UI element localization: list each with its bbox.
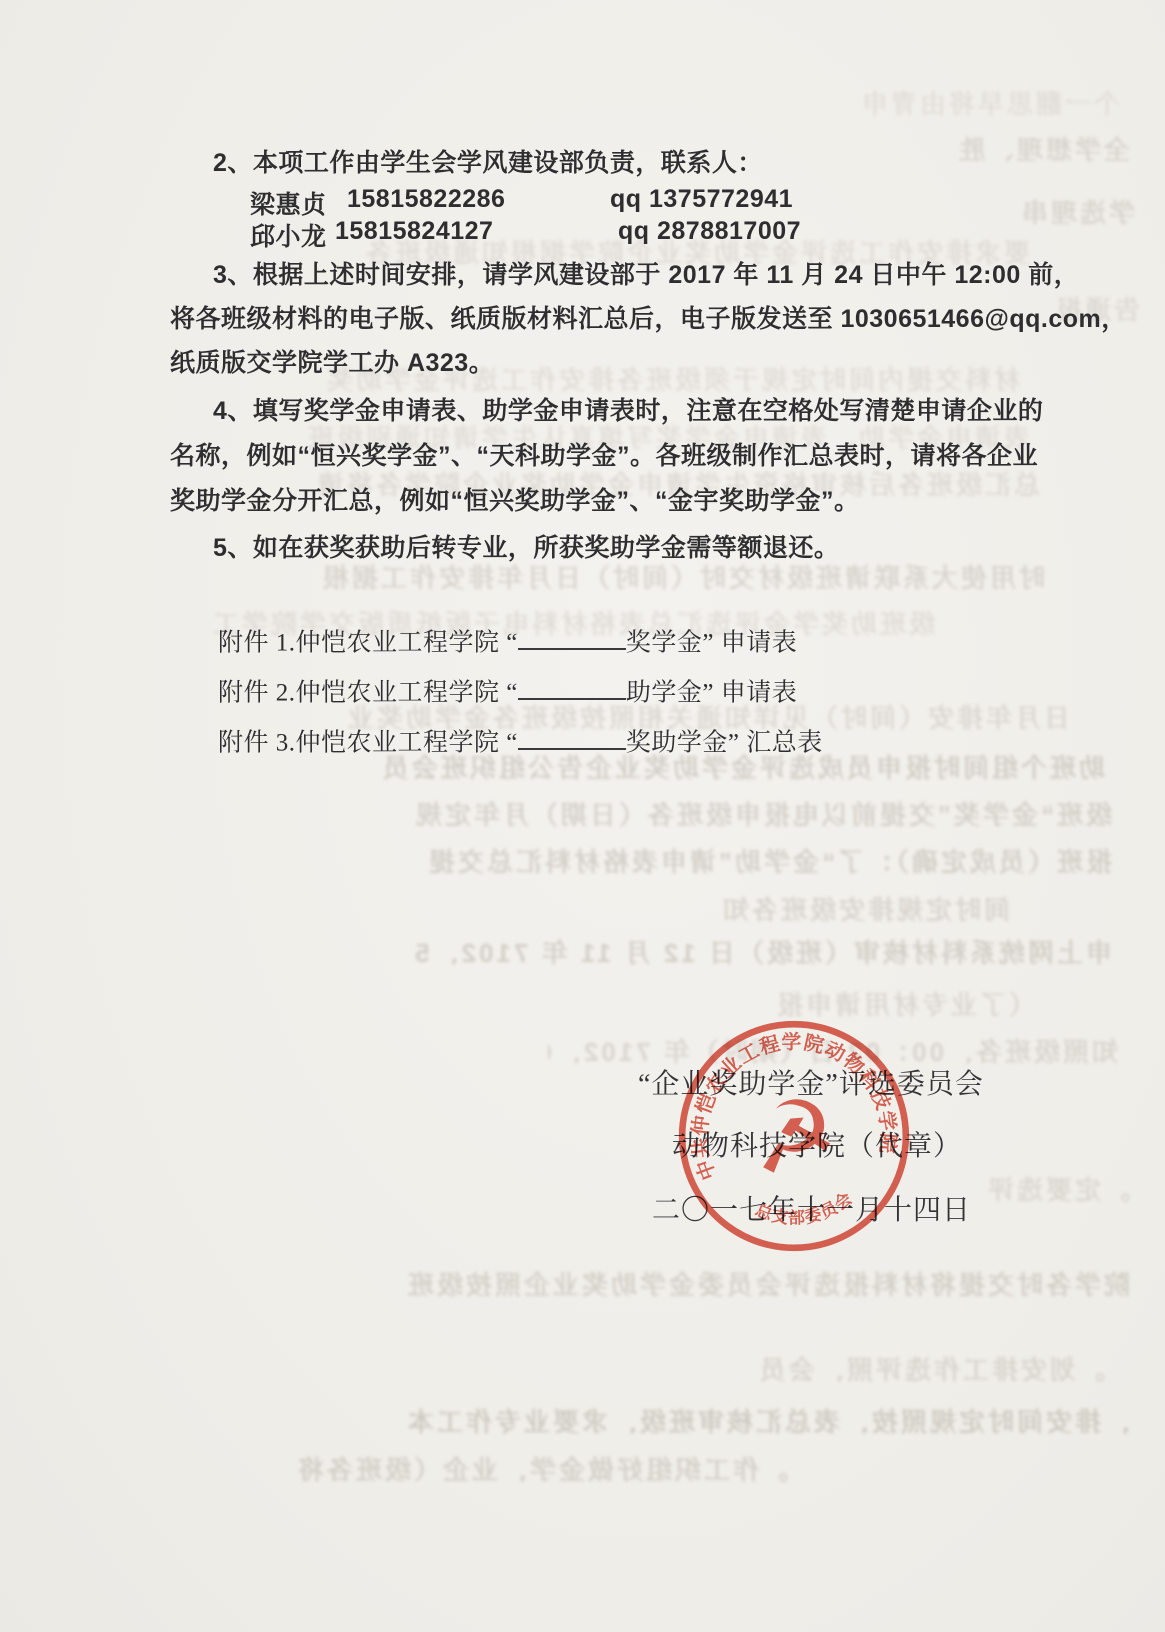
item3-line-2: 将各班级材料的电子版、纸质版材料汇总后，电子版发送至 1030651466@qq… xyxy=(170,299,1127,335)
contact-qq: qq 2878817007 xyxy=(618,217,801,246)
item4-line-2: 名称，例如“恒兴奖学金”、“天科助学金”。各班级制作汇总表时，请将各企业 xyxy=(170,436,1038,472)
attachment-2: 附件 2.仲恺农业工程学院 “助学金” 申请表 xyxy=(218,672,797,708)
item2-heading: 2、本项工作由学生会学风建设部负责，联系人： xyxy=(213,143,763,179)
item4-line-3: 奖助学金分开汇总，例如“恒兴奖助学金”、“金宇奖助学金”。 xyxy=(170,481,860,517)
attachment-suffix: 助学金” 申请表 xyxy=(626,679,797,706)
hammer-sickle-emblem-icon: ☭ xyxy=(744,1078,844,1196)
contact-name: 邱小龙 xyxy=(250,217,327,253)
attachment-1: 附件 1.仲恺农业工程学院 “奖学金” 申请表 xyxy=(218,622,797,658)
contact-qq: qq 1375772941 xyxy=(610,185,793,214)
fill-in-blank xyxy=(518,672,626,700)
attachment-prefix: 附件 2.仲恺农业工程学院 “ xyxy=(218,679,518,706)
contact-name: 梁惠贞 xyxy=(250,185,327,221)
item3-line-1: 3、根据上述时间安排，请学风建设部于 2017 年 11 月 24 日中午 12… xyxy=(213,255,1079,291)
attachment-prefix: 附件 1.仲恺农业工程学院 “ xyxy=(218,629,518,656)
attachment-prefix: 附件 3.仲恺农业工程学院 “ xyxy=(218,729,518,756)
attachment-suffix: 奖助学金” 汇总表 xyxy=(626,729,823,756)
contact-phone: 15815824127 xyxy=(335,217,493,246)
document-page: 个一翻思早将由青申奖颁全学想理、胜学选理串要求排安作工选评金学助奖业企院学据根知… xyxy=(0,0,1165,1632)
item5-line: 5、如在获奖获助后转专业，所获奖助学金需等额退还。 xyxy=(213,528,839,564)
official-seal: 中共仲恺农业工程学院动物科技学院 总支部委员会 ☭ xyxy=(656,998,932,1274)
attachment-suffix: 奖学金” 申请表 xyxy=(626,629,797,656)
contact-phone: 15815822286 xyxy=(347,185,505,214)
attachment-3: 附件 3.仲恺农业工程学院 “奖助学金” 汇总表 xyxy=(218,722,823,758)
document-content: 2、本项工作由学生会学风建设部负责，联系人： 梁惠贞 15815822286 q… xyxy=(0,0,1165,1632)
item4-line-1: 4、填写奖学金申请表、助学金申请表时，注意在空格处写清楚申请企业的 xyxy=(213,391,1043,427)
fill-in-blank xyxy=(518,722,626,750)
fill-in-blank xyxy=(518,622,626,650)
item3-line-3: 纸质版交学院学工办 A323。 xyxy=(170,343,494,379)
